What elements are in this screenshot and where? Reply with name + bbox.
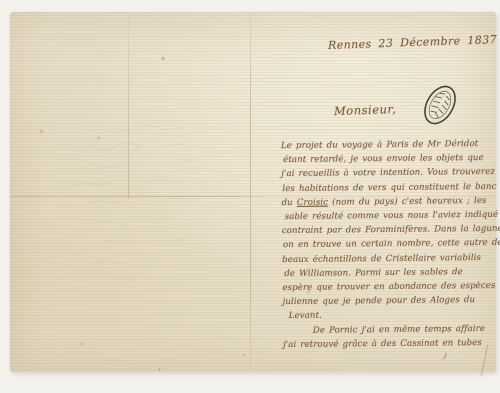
paper-sheet: Rennes 23 Décembre 1837 Monsieur, Le pro… — [10, 12, 496, 372]
line-segment: (nom du pays) c'est heureux ; les — [328, 196, 487, 208]
scanned-letter: Rennes 23 Décembre 1837 Monsieur, Le pro… — [0, 0, 500, 393]
handwritten-line: julienne que je pende pour des Aloges du — [283, 293, 489, 309]
handwritten-line: j'ai retrouvé grâce à des Cassinat en tu… — [283, 336, 489, 352]
letter-body: Le projet du voyage à Paris de Mr Dérido… — [281, 137, 489, 352]
underlined-place-name: Croisic — [297, 197, 328, 207]
verso-bleed-through — [30, 124, 255, 289]
letter-salutation: Monsieur, — [334, 102, 397, 118]
line-segment: du — [282, 198, 297, 208]
